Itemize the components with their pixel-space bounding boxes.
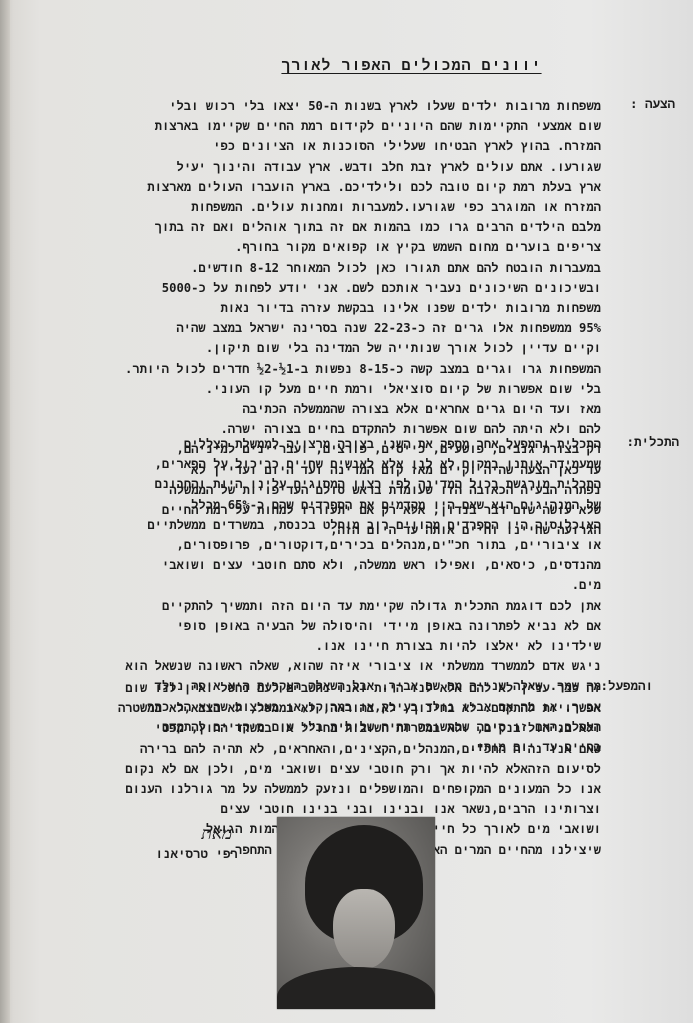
text-line: המזרח. בהוץ לארץ הבטיחו שעלילי הסוכנות א… (24, 136, 601, 156)
author-name: רפי טרסיאנו (128, 846, 238, 862)
text-line: וקיים עדיין לכול אורך שנותייה של המדינה … (24, 338, 601, 358)
portrait-photo (277, 817, 435, 1009)
text-line: זה כבר ענין לא להם אלא לנו היות ואנו נחש… (24, 678, 601, 698)
text-line: בלי שום אפשרות של קיום סוציאלי ורמת חיים… (24, 379, 601, 399)
section-label: והמפעל: (600, 678, 653, 694)
text-line: אתן לכם דוגמת התכלית גדולה שקיימת עד היו… (24, 596, 601, 616)
text-line: או ציבוריים, בתור חכ"ים,מנהלים בכירים,דו… (24, 535, 601, 555)
text-line: של המנהיגים הוא שאם היו מקדמים את הספרדי… (24, 495, 601, 515)
text-line: במעברות הובטח להם אתם תגורו כאן לכול המא… (24, 258, 601, 278)
text-line: ניגש אדם לממשרד ממשלתי או ציבורי איזה שה… (24, 656, 601, 676)
signature-block: מאת רפי טרסיאנו (128, 824, 238, 862)
text-line: מהנדסים, כיסאים, ואפילו ראש ממשלה, ולא ס… (24, 555, 601, 575)
text-line: משפחות מרובות ילדים שעלו לארץ בשנות ה-50… (24, 96, 601, 116)
text-line: שילדינו לא יאלצו להיות בצורת חיינו אנו. (24, 636, 601, 656)
signature-scribble: מאת (128, 824, 238, 844)
page-edge (0, 0, 10, 1023)
text-line: 95% ממשפחות אלו גרים זה כ-22-23 שנה בסרי… (24, 318, 601, 338)
text-line: משפחות מרובות ילדים שפנו אלינו בבקשת עזר… (24, 298, 601, 318)
text-line: ולא בניהול בנקים, ולא במשרות חשובות בחו"… (24, 718, 601, 738)
text-line: שום אמצעי התקיימות שהם היוניים לקידום רמ… (24, 116, 601, 136)
photo-face (333, 889, 395, 969)
text-line: אנו כל המעונים המקופחים והמושפלים ונזעק … (24, 779, 601, 799)
text-line: התכלית והמפעל אחר מספק את השני בצורה מרצ… (24, 434, 601, 454)
text-line: אפשרויות להתקדם. לא בחינוך, לא בהוראה, ל… (24, 698, 601, 718)
text-line: מאז ועד היום גרים אחראים אלא בצורה שהממש… (24, 399, 601, 419)
text-line: ובשיכונים השיכונים נעביר אותכם לשם. אני … (24, 278, 601, 298)
text-line: לסיעום הזהאלא להיות אך ורק חוטבי עצים וש… (24, 759, 601, 779)
text-line: אם לא נביא לפתרונה באופן מיידי והיסולה ש… (24, 616, 601, 636)
text-line: שמעמידה אותנו במקום לא לנו אלא לאנשים שח… (24, 454, 601, 474)
text-line: שאם אנו נהיה החכ"ים,המנהלים,הקצינים,והאח… (24, 739, 601, 759)
text-line: צריפים בוערים מחום השמש בקיץ או קפואים מ… (24, 237, 601, 257)
text-line: מלבם הילדים הרבים גרו כמו בהמות אם זה בת… (24, 217, 601, 237)
section-label: הצעה : (630, 96, 675, 112)
text-line: המשפחות גרו וגרים במצב קשה כ-8-15 נפשות … (24, 359, 601, 379)
text-line: התכלית מורגשת בכול המדינה לפי רצון המסוג… (24, 474, 601, 494)
document-title: יוונים המכולים האפור לאורך (0, 56, 693, 75)
text-line: ארץ בעלת רמת קיום טובה לכם ולילדיכם. באר… (24, 177, 601, 197)
text-line: האוכלוסיה היו הספרדים מהווים רוב מוחלט ב… (24, 515, 601, 535)
section-label: התכלית: (626, 434, 679, 450)
text-line: מים. (24, 575, 601, 595)
text-line: המזרח או המוגרב כפי שגורעו.למעברות ומחנו… (24, 197, 601, 217)
text-line: שגורעו. אתם עולים לארץ זבת חלב ודבש. ארץ… (24, 157, 601, 177)
